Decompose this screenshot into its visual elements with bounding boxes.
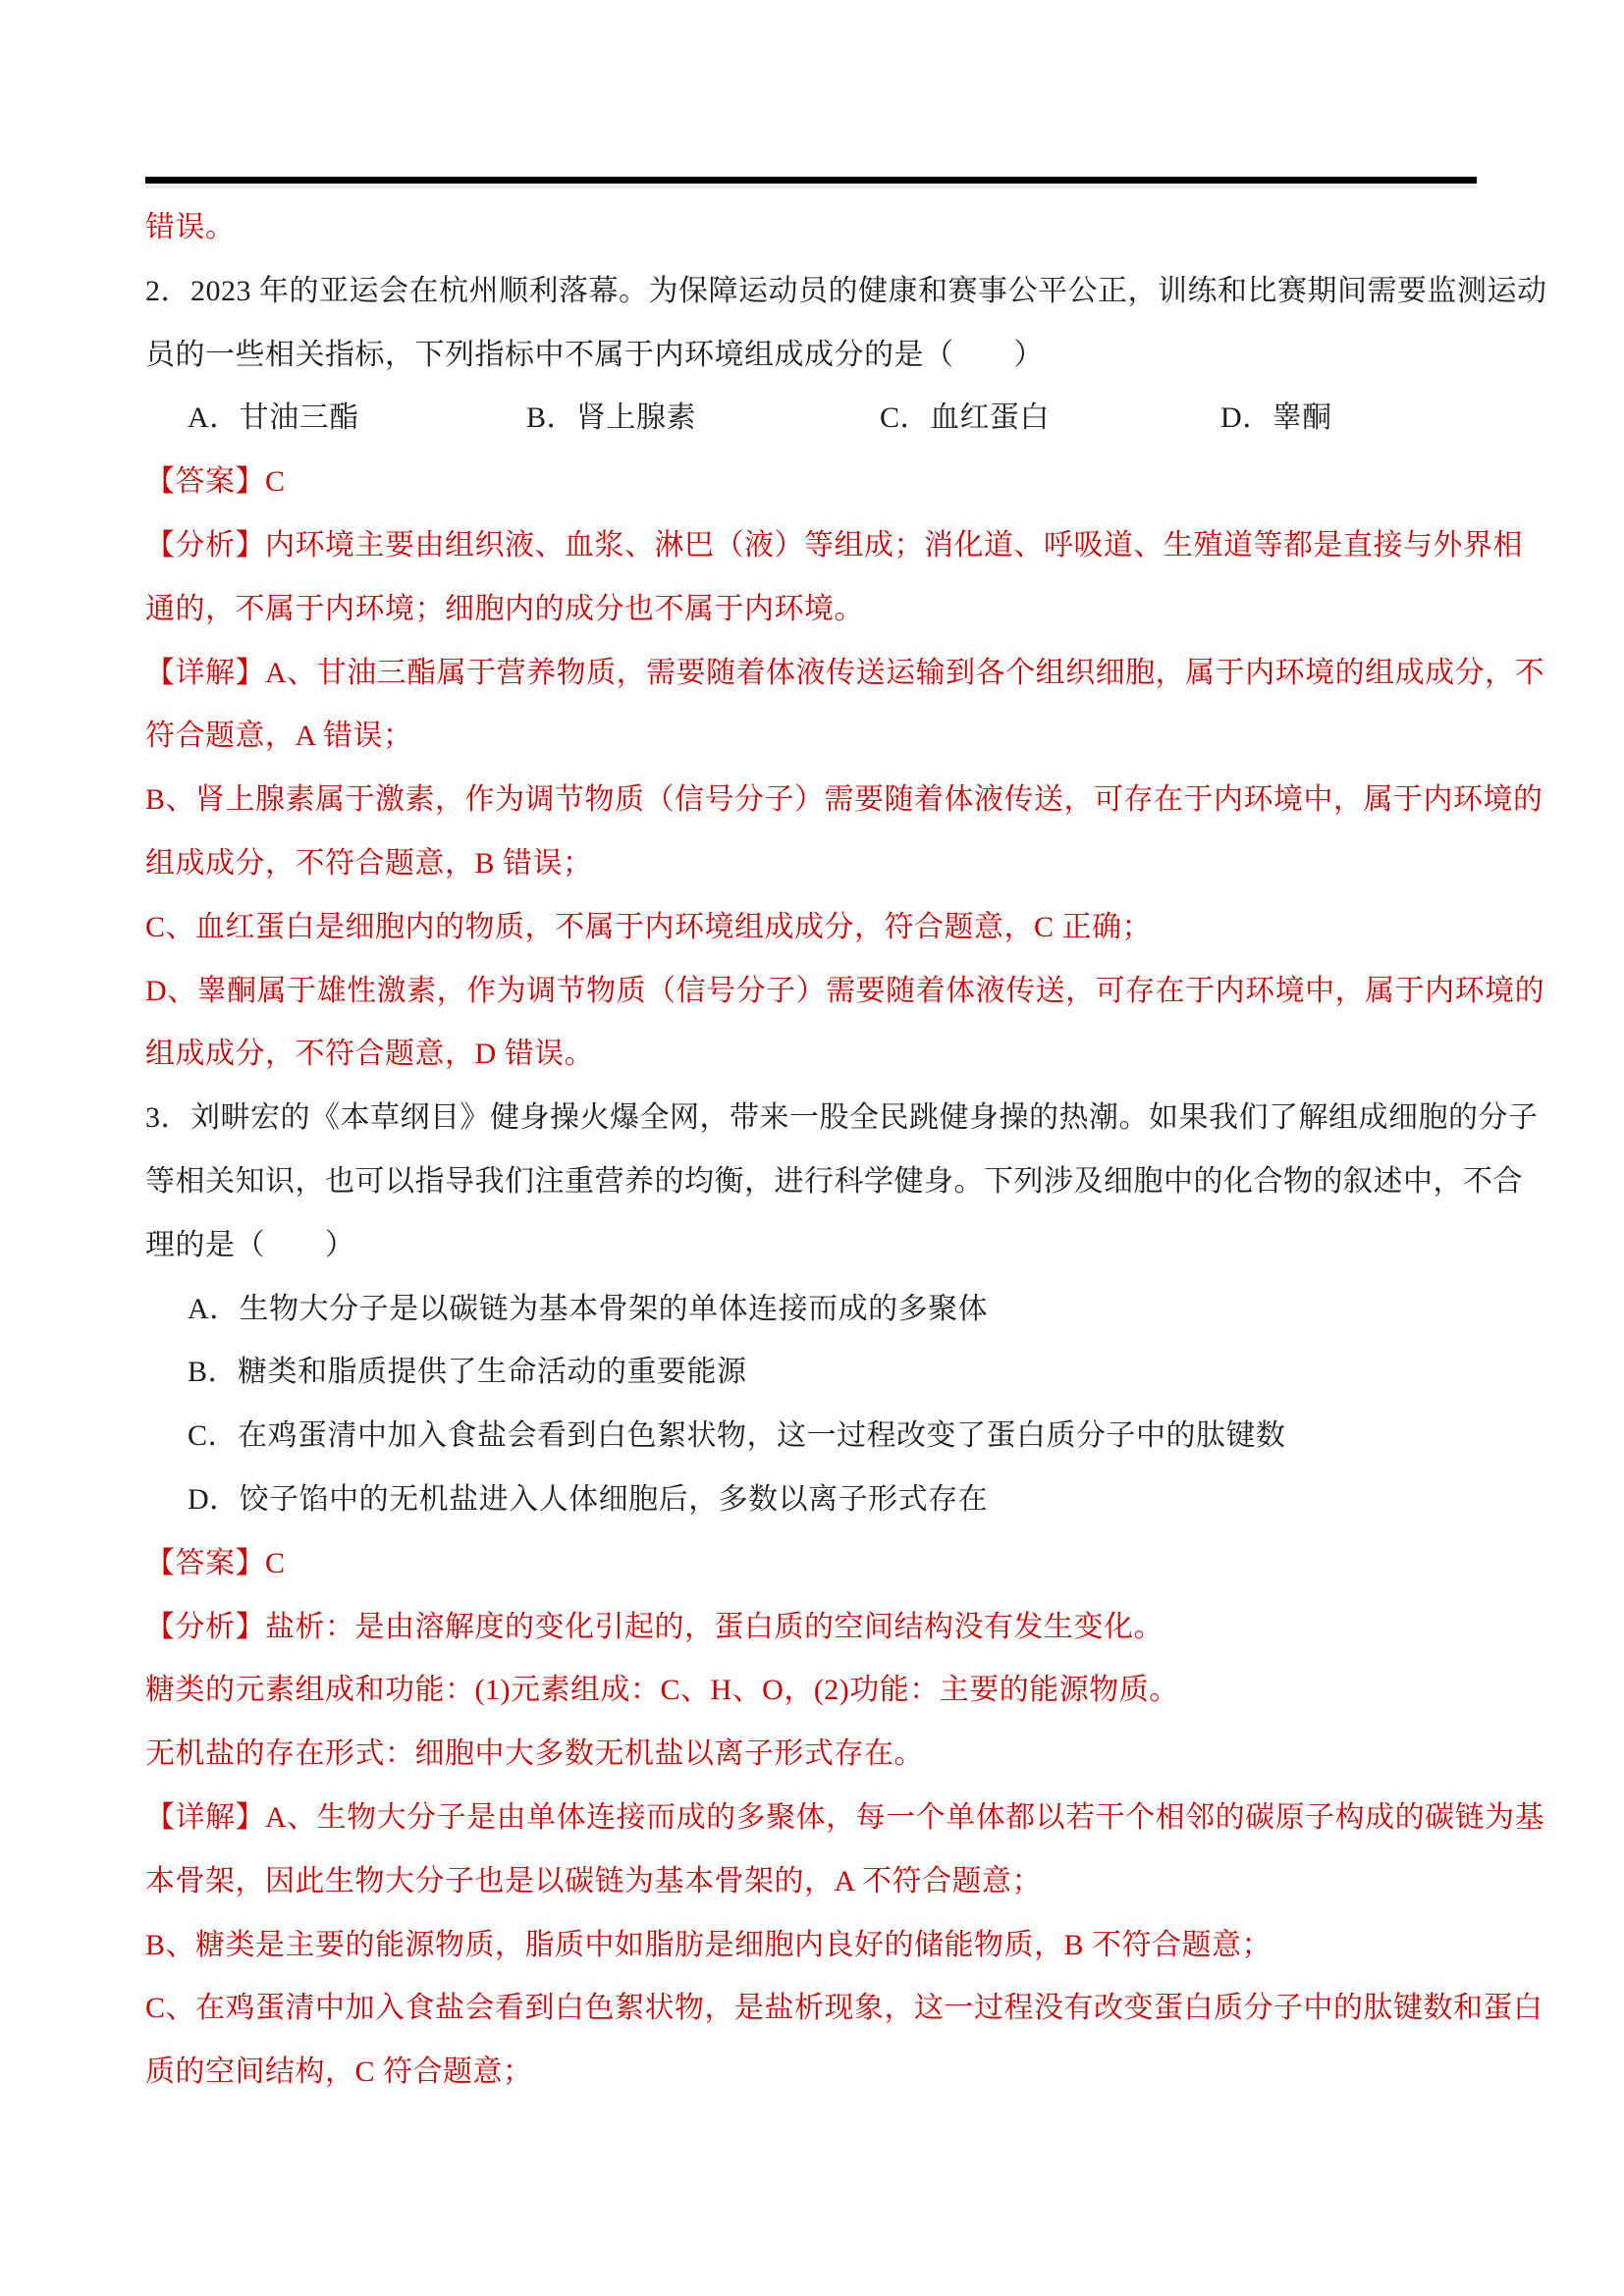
question-2-analysis-line-2: 通的，不属于内环境；细胞内的成分也不属于内环境。	[145, 578, 1479, 642]
question-2-stem-line-2: 员的一些相关指标，下列指标中不属于内环境组成成分的是（ ）	[145, 324, 1479, 388]
question-3-detail-line-5: 质的空间结构，C 符合题意；	[145, 2041, 1479, 2105]
question-2-option-d: D．睾酮	[1220, 387, 1332, 451]
header-rule-shadow	[145, 186, 1477, 188]
question-2-answer: 【答案】C	[145, 451, 1479, 514]
question-3-option-d: D．饺子馅中的无机盐进入人体细胞后，多数以离子形式存在	[145, 1468, 1479, 1532]
question-3-analysis-line-2: 糖类的元素组成和功能：(1)元素组成：C、H、O，(2)功能：主要的能源物质。	[145, 1659, 1479, 1723]
question-3-detail-line-1: 【详解】A、生物大分子是由单体连接而成的多聚体，每一个单体都以若干个相邻的碳原子…	[145, 1787, 1479, 1850]
carryover-answer-tail: 错误。	[145, 196, 1479, 260]
question-3-stem-line-2: 等相关知识，也可以指导我们注重营养的均衡，进行科学健身。下列涉及细胞中的化合物的…	[145, 1150, 1479, 1214]
question-3-analysis-line-1: 【分析】盐析：是由溶解度的变化引起的，蛋白质的空间结构没有发生变化。	[145, 1596, 1479, 1660]
question-3-analysis-line-3: 无机盐的存在形式：细胞中大多数无机盐以离子形式存在。	[145, 1723, 1479, 1787]
question-2-detail-line-4: 组成成分，不符合题意，B 错误；	[145, 832, 1479, 896]
question-2-detail-line-1: 【详解】A、甘油三酯属于营养物质，需要随着体液传送运输到各个组织细胞，属于内环境…	[145, 642, 1479, 706]
question-3-option-a: A．生物大分子是以碳链为基本骨架的单体连接而成的多聚体	[145, 1278, 1479, 1342]
question-3-detail-line-4: C、在鸡蛋清中加入食盐会看到白色絮状物，是盐析现象，这一过程没有改变蛋白质分子中…	[145, 1977, 1479, 2041]
question-2-stem-line-1: 2．2023 年的亚运会在杭州顺利落幕。为保障运动员的健康和赛事公平公正，训练和…	[145, 260, 1479, 324]
question-3-option-b: B．糖类和脂质提供了生命活动的重要能源	[145, 1341, 1479, 1405]
question-2-detail-line-2: 符合题意，A 错误；	[145, 705, 1479, 769]
question-3-stem-line-3: 理的是（ ）	[145, 1214, 1479, 1278]
document-body: 错误。2．2023 年的亚运会在杭州顺利落幕。为保障运动员的健康和赛事公平公正，…	[145, 196, 1479, 2105]
question-2-detail-line-5: C、血红蛋白是细胞内的物质，不属于内环境组成成分，符合题意，C 正确；	[145, 896, 1479, 960]
question-2-option-a: A．甘油三酯	[188, 387, 359, 451]
header-rule	[145, 177, 1477, 184]
question-3-stem-line-1: 3．刘畊宏的《本草纲目》健身操火爆全网，带来一股全民跳健身操的热潮。如果我们了解…	[145, 1087, 1479, 1150]
question-3-detail-line-3: B、糖类是主要的能源物质，脂质中如脂肪是细胞内良好的储能物质，B 不符合题意；	[145, 1914, 1479, 1978]
question-2-option-c: C．血红蛋白	[880, 387, 1050, 451]
question-2-options-row: A．甘油三酯B．肾上腺素C．血红蛋白D．睾酮	[145, 387, 1479, 451]
question-2-option-b: B．肾上腺素	[526, 387, 696, 451]
question-3-option-c: C．在鸡蛋清中加入食盐会看到白色絮状物，这一过程改变了蛋白质分子中的肽键数	[145, 1405, 1479, 1468]
question-3-answer: 【答案】C	[145, 1532, 1479, 1596]
question-2-analysis-line-1: 【分析】内环境主要由组织液、血浆、淋巴（液）等组成；消化道、呼吸道、生殖道等都是…	[145, 514, 1479, 578]
question-2-detail-line-7: 组成成分，不符合题意，D 错误。	[145, 1023, 1479, 1087]
question-3-detail-line-2: 本骨架，因此生物大分子也是以碳链为基本骨架的，A 不符合题意；	[145, 1850, 1479, 1914]
question-2-detail-line-3: B、肾上腺素属于激素，作为调节物质（信号分子）需要随着体液传送，可存在于内环境中…	[145, 769, 1479, 832]
question-2-detail-line-6: D、睾酮属于雄性激素，作为调节物质（信号分子）需要随着体液传送，可存在于内环境中…	[145, 960, 1479, 1024]
document-page: 错误。2．2023 年的亚运会在杭州顺利落幕。为保障运动员的健康和赛事公平公正，…	[0, 0, 1624, 2296]
